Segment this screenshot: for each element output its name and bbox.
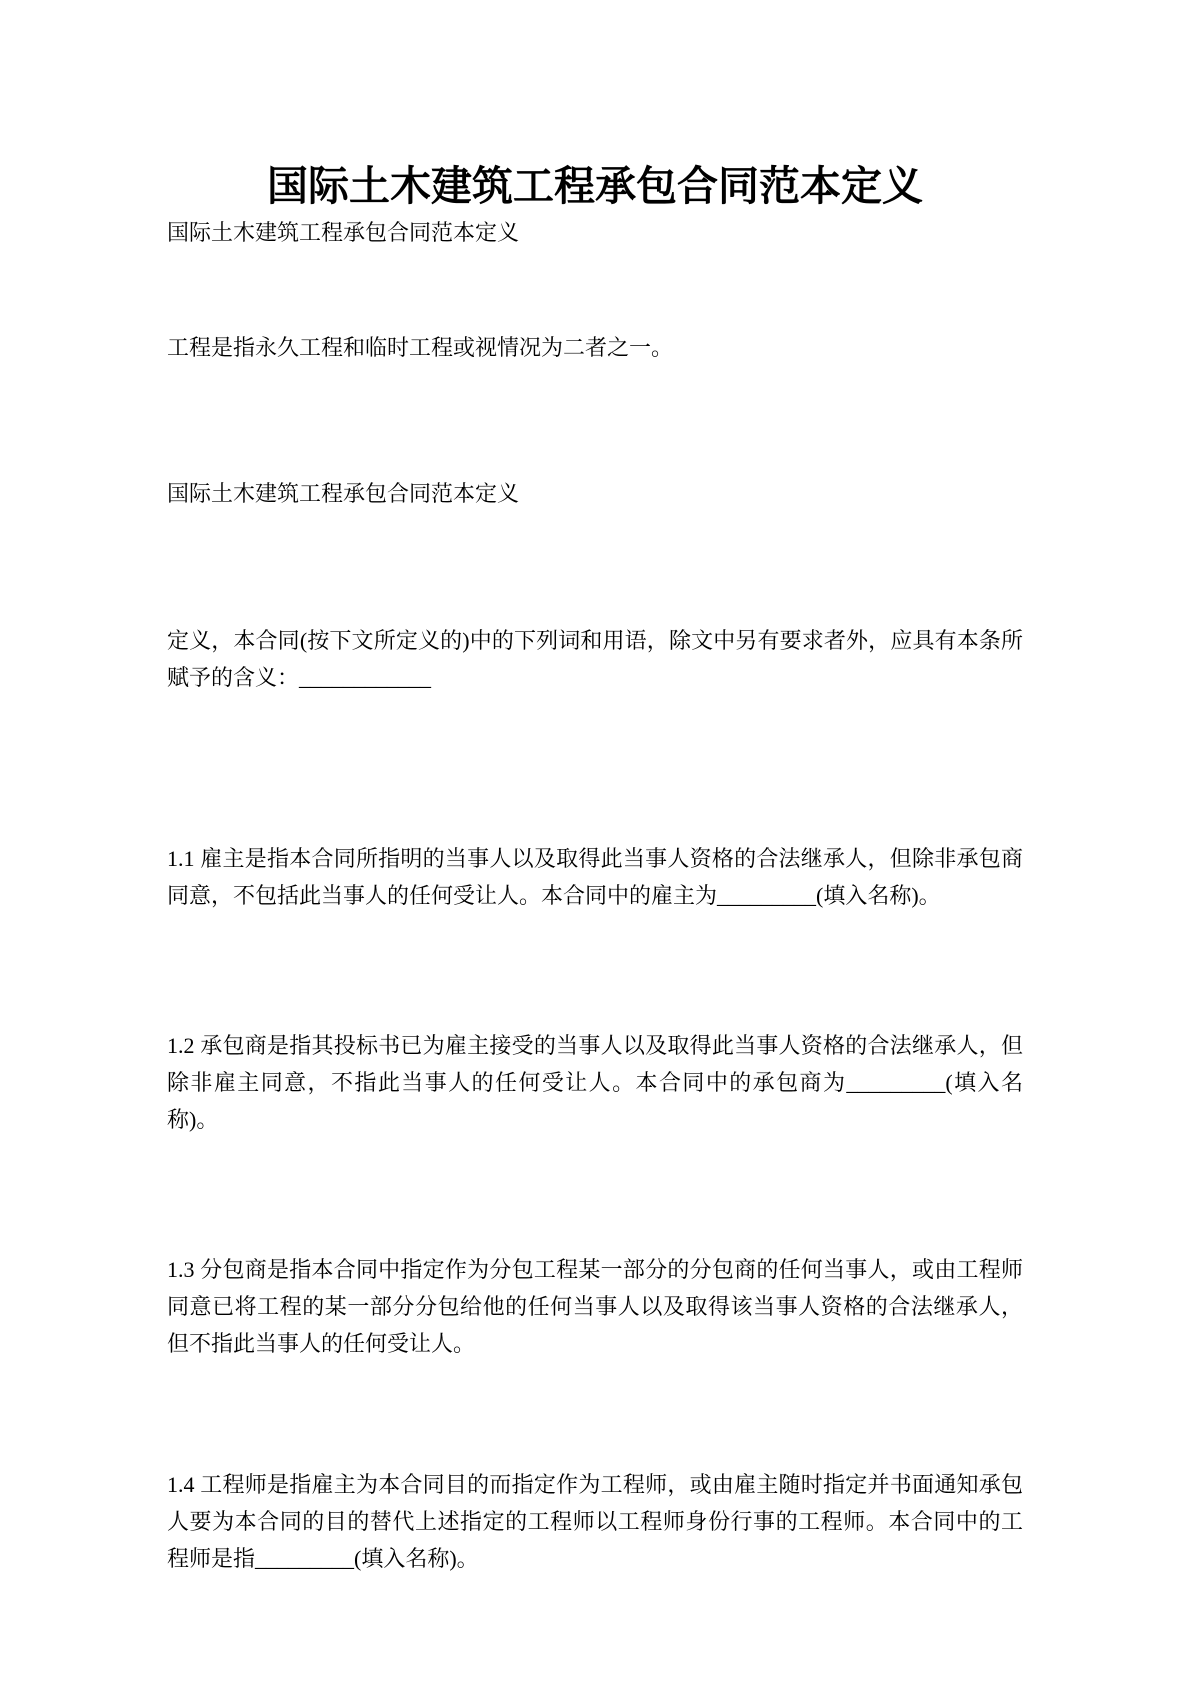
paragraph-definitions-intro: 定义，本合同(按下文所定义的)中的下列词和用语，除文中另有要求者外，应具有本条所…: [167, 622, 1023, 696]
paragraph-works-definition: 工程是指永久工程和临时工程或视情况为二者之一。: [167, 329, 1023, 366]
clause-1-1-employer: 1.1 雇主是指本合同所指明的当事人以及取得此当事人资格的合法继承人，但除非承包…: [167, 840, 1023, 914]
clause-1-2-contractor: 1.2 承包商是指其投标书已为雇主接受的当事人以及取得此当事人资格的合法继承人，…: [167, 1027, 1023, 1138]
document-title: 国际土木建筑工程承包合同范本定义: [167, 162, 1023, 211]
clause-1-3-subcontractor: 1.3 分包商是指本合同中指定作为分包工程某一部分的分包商的任何当事人，或由工程…: [167, 1251, 1023, 1362]
paragraph-document-name: 国际土木建筑工程承包合同范本定义: [167, 475, 1023, 512]
clause-1-4-engineer: 1.4 工程师是指雇主为本合同目的而指定作为工程师，或由雇主随时指定并书面通知承…: [167, 1466, 1023, 1577]
document-subtitle: 国际土木建筑工程承包合同范本定义: [167, 214, 1023, 251]
document-page: 国际土木建筑工程承包合同范本定义 国际土木建筑工程承包合同范本定义 工程是指永久…: [0, 0, 1190, 1683]
